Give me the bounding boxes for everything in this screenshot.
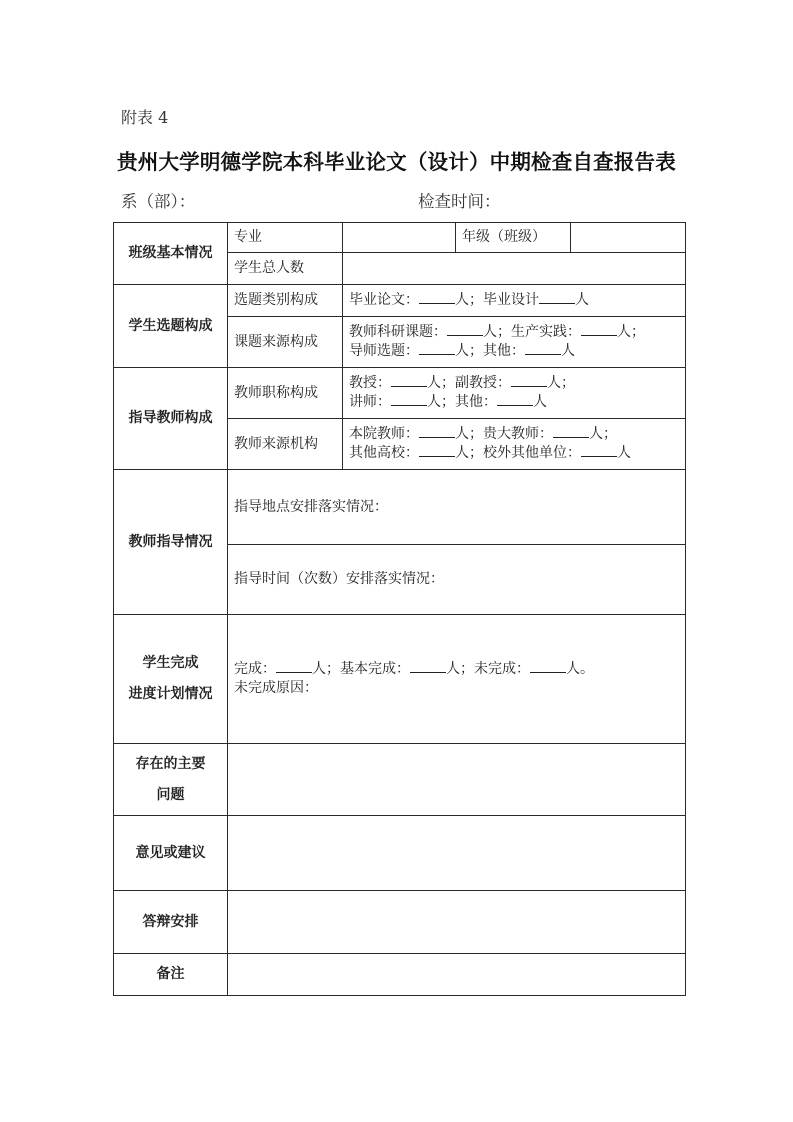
suggestions-header: 意见或建议	[114, 816, 228, 891]
not-completed-blank[interactable]	[530, 660, 566, 673]
professor-label: 教授：	[349, 375, 391, 391]
guidance-location-field[interactable]: 指导地点安排落实情况：	[228, 470, 686, 545]
row-guidance-location: 教师指导情况 指导地点安排落实情况：	[114, 470, 686, 545]
problems-header-line1: 存在的主要	[120, 749, 221, 780]
associate-professor-blank[interactable]	[511, 374, 547, 387]
advisors-header: 指导教师构成	[114, 368, 228, 470]
appendix-label: 附表 4	[121, 105, 168, 128]
associate-professor-label: 人；副教授：	[427, 375, 511, 391]
row-defense: 答辩安排	[114, 891, 686, 954]
not-completed-label: 人；未完成：	[446, 661, 530, 677]
unit-label: 人；	[617, 324, 645, 340]
guidance-time-label: 指导时间（次数）安排落实情况：	[234, 571, 444, 587]
major-field[interactable]	[343, 223, 456, 253]
row-major: 班级基本情况 专业 年级（班级）	[114, 223, 686, 253]
design-count-label: 人；毕业设计	[455, 292, 539, 308]
topic-source-label: 课题来源构成	[228, 317, 343, 368]
advisor-topic-label: 导师选题：	[349, 343, 419, 359]
department-label: 系（部）：	[121, 188, 195, 212]
problems-header: 存在的主要 问题	[114, 744, 228, 816]
research-topic-label: 教师科研课题：	[349, 324, 447, 340]
external-unit-label: 人；校外其他单位：	[455, 445, 581, 461]
completed-label: 完成：	[234, 661, 276, 677]
page-title: 贵州大学明德学院本科毕业论文（设计）中期检查自查报告表	[0, 145, 793, 175]
class-info-header: 班级基本情况	[114, 223, 228, 285]
guidance-time-field[interactable]: 指导时间（次数）安排落实情况：	[228, 545, 686, 615]
problems-field[interactable]	[228, 744, 686, 816]
defense-header: 答辩安排	[114, 891, 228, 954]
research-topic-blank[interactable]	[447, 323, 483, 336]
advisor-titles-label: 教师职称构成	[228, 368, 343, 419]
row-suggestions: 意见或建议	[114, 816, 686, 891]
guidance-location-label: 指导地点安排落实情况：	[234, 499, 388, 515]
topic-selection-header: 学生选题构成	[114, 285, 228, 368]
grade-field[interactable]	[571, 223, 686, 253]
lecturer-blank[interactable]	[391, 393, 427, 406]
row-remarks: 备注	[114, 954, 686, 996]
progress-header-line1: 学生完成	[120, 648, 221, 679]
row-problems: 存在的主要 问题	[114, 744, 686, 816]
gzu-teacher-label: 人；贵大教师：	[455, 426, 553, 442]
topic-category-field: 毕业论文：人；毕业设计人	[343, 285, 686, 317]
guidance-header: 教师指导情况	[114, 470, 228, 615]
advisor-origin-label: 教师来源机构	[228, 419, 343, 470]
advisor-origin-field: 本院教师：人；贵大教师：人； 其他高校：人；校外其他单位：人	[343, 419, 686, 470]
completed-blank[interactable]	[276, 660, 312, 673]
unit-label: 人。	[566, 661, 594, 677]
college-teacher-label: 本院教师：	[349, 426, 419, 442]
remarks-field[interactable]	[228, 954, 686, 996]
production-practice-blank[interactable]	[581, 323, 617, 336]
total-students-label: 学生总人数	[228, 253, 343, 285]
unit-label: 人；	[547, 375, 575, 391]
unit-label: 人	[575, 292, 589, 308]
other-topic-label: 人；其他：	[455, 343, 525, 359]
external-unit-blank[interactable]	[581, 444, 617, 457]
unit-label: 人	[617, 445, 631, 461]
design-count-blank[interactable]	[539, 291, 575, 304]
major-label: 专业	[228, 223, 343, 253]
grade-label: 年级（班级）	[456, 223, 571, 253]
other-title-blank[interactable]	[497, 393, 533, 406]
professor-blank[interactable]	[391, 374, 427, 387]
defense-field[interactable]	[228, 891, 686, 954]
row-topic-category: 学生选题构成 选题类别构成 毕业论文：人；毕业设计人	[114, 285, 686, 317]
other-topic-blank[interactable]	[525, 342, 561, 355]
thesis-count-label: 毕业论文：	[349, 292, 419, 308]
topic-category-label: 选题类别构成	[228, 285, 343, 317]
advisor-titles-field: 教授：人；副教授：人； 讲师：人；其他：人	[343, 368, 686, 419]
basically-completed-label: 人；基本完成：	[312, 661, 410, 677]
unit-label: 人	[561, 343, 575, 359]
progress-field[interactable]: 完成：人；基本完成：人；未完成：人。 未完成原因：	[228, 615, 686, 744]
self-check-report-table: 班级基本情况 专业 年级（班级） 学生总人数 学生选题构成 选题类别构成 毕业论…	[113, 222, 686, 996]
college-teacher-blank[interactable]	[419, 425, 455, 438]
progress-header: 学生完成 进度计划情况	[114, 615, 228, 744]
other-title-label: 人；其他：	[427, 394, 497, 410]
basically-completed-blank[interactable]	[410, 660, 446, 673]
problems-header-line2: 问题	[120, 780, 221, 811]
incomplete-reason-label: 未完成原因：	[234, 679, 679, 698]
advisor-topic-blank[interactable]	[419, 342, 455, 355]
lecturer-label: 讲师：	[349, 394, 391, 410]
row-advisor-titles: 指导教师构成 教师职称构成 教授：人；副教授：人； 讲师：人；其他：人	[114, 368, 686, 419]
remarks-header: 备注	[114, 954, 228, 996]
gzu-teacher-blank[interactable]	[553, 425, 589, 438]
unit-label: 人；	[589, 426, 617, 442]
progress-header-line2: 进度计划情况	[120, 679, 221, 710]
other-university-blank[interactable]	[419, 444, 455, 457]
suggestions-field[interactable]	[228, 816, 686, 891]
total-students-field[interactable]	[343, 253, 686, 285]
production-practice-label: 人；生产实践：	[483, 324, 581, 340]
other-university-label: 其他高校：	[349, 445, 419, 461]
row-progress: 学生完成 进度计划情况 完成：人；基本完成：人；未完成：人。 未完成原因：	[114, 615, 686, 744]
thesis-count-blank[interactable]	[419, 291, 455, 304]
check-time-label: 检查时间：	[418, 188, 501, 212]
unit-label: 人	[533, 394, 547, 410]
topic-source-field: 教师科研课题：人；生产实践：人； 导师选题：人；其他：人	[343, 317, 686, 368]
